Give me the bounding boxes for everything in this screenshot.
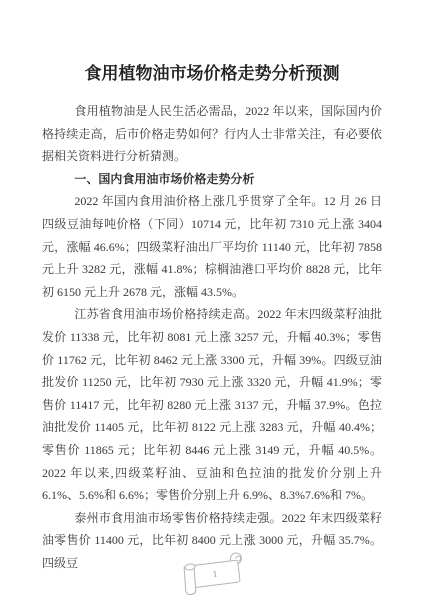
page-footer: 1 xyxy=(0,550,424,597)
intro-paragraph: 食用植物油是人民生活必需品，2022 年以来，国际国内价格持续走高，后市价格走势… xyxy=(42,100,382,168)
scroll-roll-shape xyxy=(184,567,196,595)
document-title: 食用植物油市场价格走势分析预测 xyxy=(42,61,382,87)
body-paragraph-national-prices: 2022 年国内食用油价格上涨几乎贯穿了全年。12 月 26 日四级豆油每吨价格… xyxy=(42,190,382,303)
body-paragraph-jiangsu-prices: 江苏省食用油市场价格持续走高。2022 年末四级菜籽油批发价 11338 元，比… xyxy=(42,303,382,506)
page-number: 1 xyxy=(212,569,217,579)
section-heading: 一、国内食用油市场价格走势分析 xyxy=(42,168,382,191)
page-number-scroll-icon: 1 xyxy=(179,550,245,597)
document-page: 食用植物油市场价格走势分析预测 食用植物油是人民生活必需品，2022 年以来，国… xyxy=(0,0,424,600)
